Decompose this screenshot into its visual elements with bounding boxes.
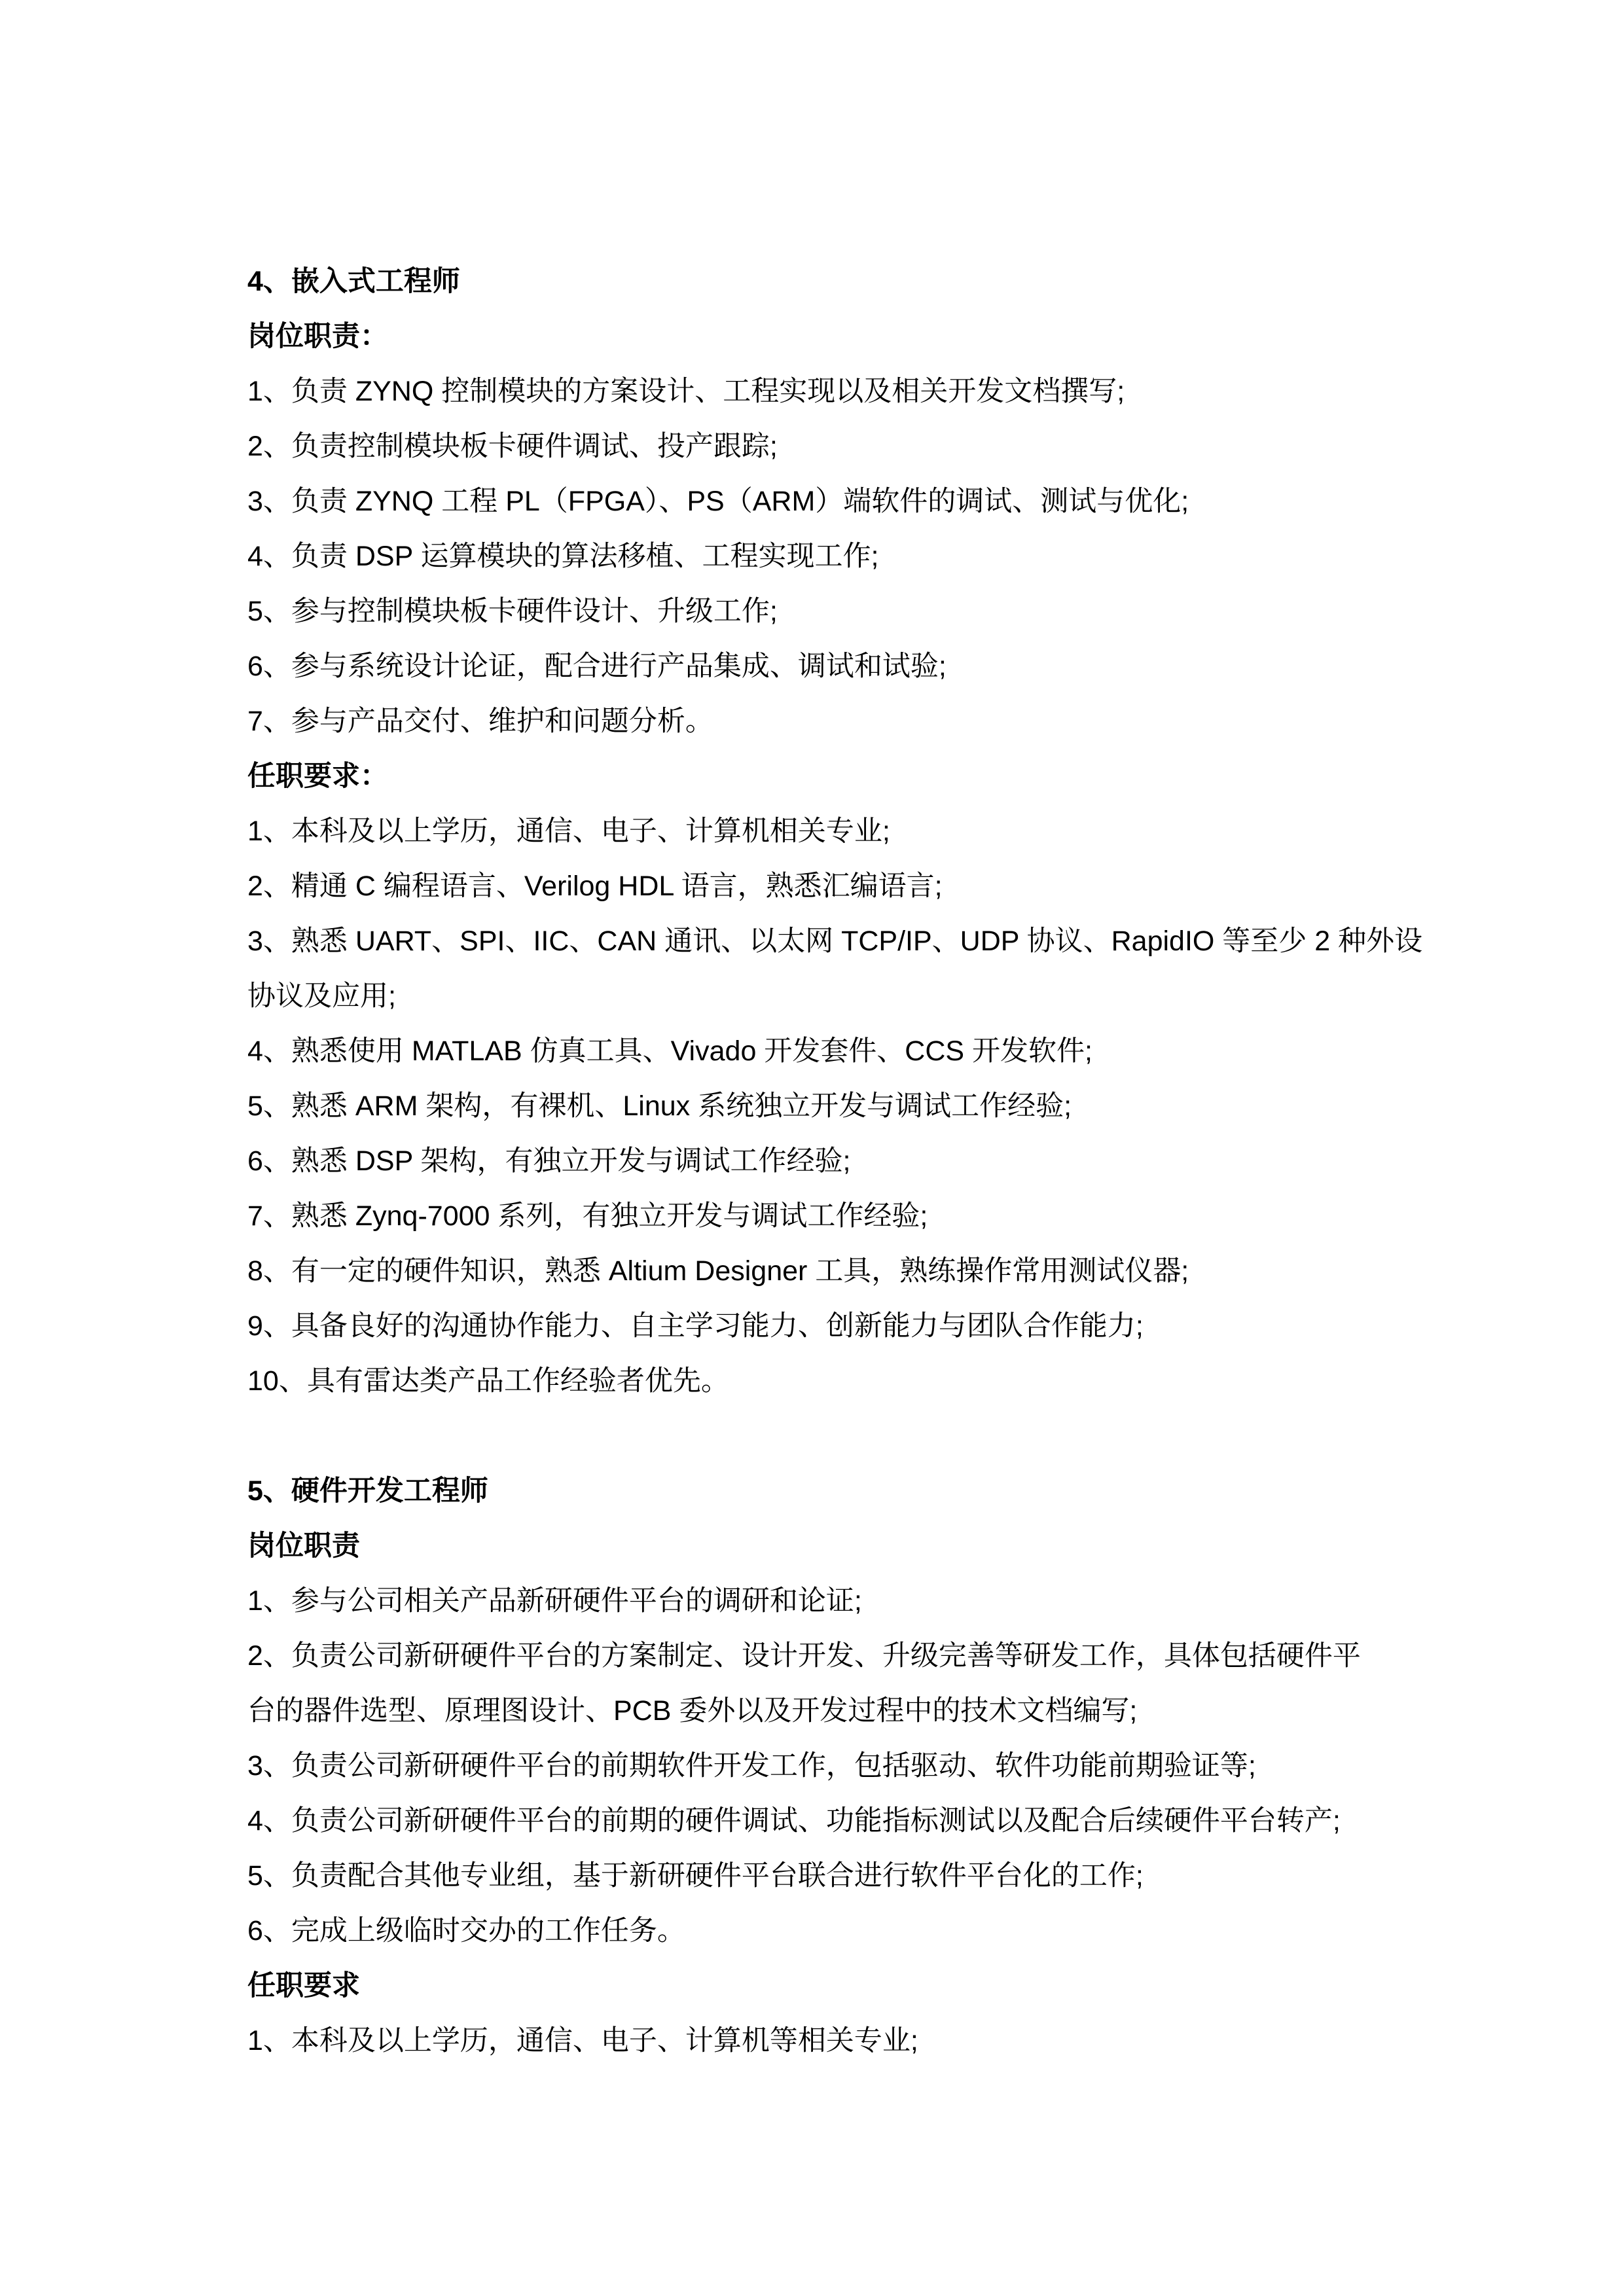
section5-duty-line: 3、负责公司新研硬件平台的前期软件开发工作，包括驱动、软件功能前期验证等; xyxy=(247,1738,1386,1793)
section5-duty-line: 2、负责公司新研硬件平台的方案制定、设计开发、升级完善等研发工作，具体包括硬件平 xyxy=(247,1628,1386,1683)
section4-duty-line: 4、负责 DSP 运算模块的算法移植、工程实现工作; xyxy=(247,529,1386,584)
section5-duty-line: 6、完成上级临时交办的工作任务。 xyxy=(247,1903,1386,1958)
section4-requirement-line: 10、具有雷达类产品工作经验者优先。 xyxy=(247,1354,1386,1408)
section5-duty-line: 4、负责公司新研硬件平台的前期的硬件调试、功能指标测试以及配合后续硬件平台转产; xyxy=(247,1793,1386,1848)
section4-requirement-line: 3、熟悉 UART、SPI、IIC、CAN 通讯、以太网 TCP/IP、UDP … xyxy=(247,914,1386,969)
section4-duty-line: 6、参与系统设计论证，配合进行产品集成、调试和试验; xyxy=(247,639,1386,694)
section4-requirement-line: 5、熟悉 ARM 架构，有裸机、Linux 系统独立开发与调试工作经验; xyxy=(247,1079,1386,1134)
section5-duty-line: 1、参与公司相关产品新研硬件平台的调研和论证; xyxy=(247,1573,1386,1628)
section5-requirements-heading: 任职要求 xyxy=(247,1958,1386,2013)
section4-requirement-line: 1、本科及以上学历，通信、电子、计算机相关专业; xyxy=(247,804,1386,859)
document-page: 4、嵌入式工程师 岗位职责： 1、负责 ZYNQ 控制模块的方案设计、工程实现以… xyxy=(0,0,1624,2296)
section4-title: 4、嵌入式工程师 xyxy=(247,254,1386,309)
section4-duties-heading: 岗位职责： xyxy=(247,309,1386,364)
section5-duties-heading: 岗位职责 xyxy=(247,1518,1386,1573)
section4-duty-line: 7、参与产品交付、维护和问题分析。 xyxy=(247,694,1386,749)
section4-requirement-line: 7、熟悉 Zynq-7000 系列，有独立开发与调试工作经验; xyxy=(247,1189,1386,1244)
section5-duty-line: 台的器件选型、原理图设计、PCB 委外以及开发过程中的技术文档编写; xyxy=(247,1683,1386,1738)
section4-requirement-line: 2、精通 C 编程语言、Verilog HDL 语言，熟悉汇编语言; xyxy=(247,859,1386,914)
section4-requirement-line: 8、有一定的硬件知识，熟悉 Altium Designer 工具，熟练操作常用测… xyxy=(247,1244,1386,1299)
section5-requirement-line: 1、本科及以上学历，通信、电子、计算机等相关专业; xyxy=(247,2013,1386,2068)
document-content: 4、嵌入式工程师 岗位职责： 1、负责 ZYNQ 控制模块的方案设计、工程实现以… xyxy=(247,254,1386,2068)
section4-duty-line: 3、负责 ZYNQ 工程 PL（FPGA）、PS（ARM）端软件的调试、测试与优… xyxy=(247,474,1386,529)
section4-duty-line: 1、负责 ZYNQ 控制模块的方案设计、工程实现以及相关开发文档撰写; xyxy=(247,364,1386,419)
section4-requirement-line: 6、熟悉 DSP 架构，有独立开发与调试工作经验; xyxy=(247,1134,1386,1189)
section5-duty-line: 5、负责配合其他专业组，基于新研硬件平台联合进行软件平台化的工作; xyxy=(247,1848,1386,1903)
section4-duty-line: 2、负责控制模块板卡硬件调试、投产跟踪; xyxy=(247,419,1386,474)
section4-requirements-heading: 任职要求： xyxy=(247,749,1386,804)
section4-requirement-line: 9、具备良好的沟通协作能力、自主学习能力、创新能力与团队合作能力; xyxy=(247,1299,1386,1354)
section4-requirement-line: 协议及应用; xyxy=(247,969,1386,1024)
section4-duty-line: 5、参与控制模块板卡硬件设计、升级工作; xyxy=(247,584,1386,639)
blank-line xyxy=(247,1408,1386,1463)
section5-title: 5、硬件开发工程师 xyxy=(247,1463,1386,1518)
section4-requirement-line: 4、熟悉使用 MATLAB 仿真工具、Vivado 开发套件、CCS 开发软件; xyxy=(247,1024,1386,1079)
